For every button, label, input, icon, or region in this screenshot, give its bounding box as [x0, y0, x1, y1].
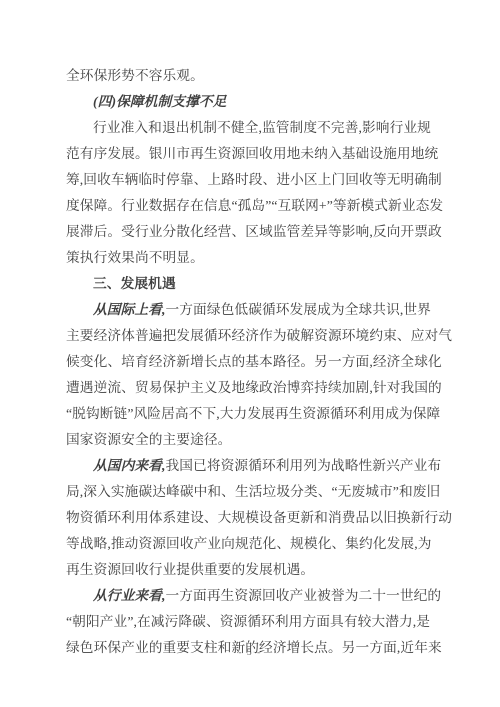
section-heading: 三、发展机遇: [66, 271, 440, 297]
text-line: 全环保形势不容乐观。: [66, 63, 440, 89]
line-text: 遭遇逆流、贸易保护主义及地缘政治博弈持续加剧,针对我国的: [66, 380, 442, 395]
line-text: 主要经济体普遍把发展循环经济作为破解资源环境约束、应对气: [66, 328, 452, 343]
line-text: 展滞后。受行业分散化经营、区域监管差异等影响,反向开票政: [66, 224, 442, 239]
text-line: 主要经济体普遍把发展循环经济作为破解资源环境约束、应对气: [66, 323, 440, 349]
line-text: 范有序发展。银川市再生资源回收用地未纳入基础设施用地统: [66, 146, 438, 161]
page-number: - 5 -: [0, 648, 500, 658]
text-line: 等战略,推动资源回收产业向规范化、规模化、集约化发展,为: [66, 531, 440, 557]
line-text: 候变化、培育经济新增长点的基本路径。另一方面,经济全球化: [66, 354, 442, 369]
text-line: 局,深入实施碳达峰碳中和、生活垃圾分类、“无废城市”和废旧: [66, 479, 440, 505]
text-line: 从行业来看,一方面再生资源回收产业被誉为二十一世纪的: [66, 583, 440, 609]
line-text: “脱钩断链”风险居高不下,大力发展再生资源循环利用成为保障: [66, 406, 440, 421]
text-line: 从国际上看,一方面绿色低碳循环发展成为全球共识,世界: [66, 297, 440, 323]
heading-text: 三、发展机遇: [93, 276, 176, 291]
text-line: 再生资源回收行业提供重要的发展机遇。: [66, 557, 440, 583]
text-line: 范有序发展。银川市再生资源回收用地未纳入基础设施用地统: [66, 141, 440, 167]
line-text: 物资循环利用体系建设、大规模设备更新和消费品以旧换新行动: [66, 510, 452, 525]
text-line: 候变化、培育经济新增长点的基本路径。另一方面,经济全球化: [66, 349, 440, 375]
text-line: 遭遇逆流、贸易保护主义及地缘政治博弈持续加剧,针对我国的: [66, 375, 440, 401]
text-line: “朝阳产业”,在减污降碳、资源循环利用方面具有较大潜力,是: [66, 609, 440, 635]
paragraph-lead: 从国际上看,: [93, 302, 165, 317]
text-line: 行业准入和退出机制不健全,监管制度不完善,影响行业规: [66, 115, 440, 141]
line-text: 全环保形势不容乐观。: [66, 68, 204, 83]
line-text: 一方面再生资源回收产业被誉为二十一世纪的: [165, 588, 441, 603]
text-line: 物资循环利用体系建设、大规模设备更新和消费品以旧换新行动: [66, 505, 440, 531]
text-line: 策执行效果尚不明显。: [66, 245, 440, 271]
line-text: 国家资源安全的主要途径。: [66, 432, 231, 447]
line-text: 局,深入实施碳达峰碳中和、生活垃圾分类、“无废城市”和废旧: [66, 484, 440, 499]
document-body: 全环保形势不容乐观。 (四)保障机制支撑不足 行业准入和退出机制不健全,监管制度…: [66, 63, 440, 661]
line-text: 等战略,推动资源回收产业向规范化、规模化、集约化发展,为: [66, 536, 432, 551]
line-text: 度保障。行业数据存在信息“孤岛”“互联网+”等新模式新业态发: [66, 198, 443, 213]
line-text: 策执行效果尚不明显。: [66, 250, 204, 265]
line-text: 再生资源回收行业提供重要的发展机遇。: [66, 562, 314, 577]
text-line: 度保障。行业数据存在信息“孤岛”“互联网+”等新模式新业态发: [66, 193, 440, 219]
document-page: 全环保形势不容乐观。 (四)保障机制支撑不足 行业准入和退出机制不健全,监管制度…: [0, 0, 500, 707]
line-text: 行业准入和退出机制不健全,监管制度不完善,影响行业规: [93, 120, 431, 135]
paragraph-lead: 从行业来看,: [93, 588, 165, 603]
line-text: 一方面绿色低碳循环发展成为全球共识,世界: [165, 302, 431, 317]
paragraph-lead: 从国内来看,: [93, 458, 165, 473]
text-line: 筹,回收车辆临时停靠、上路时段、进小区上门回收等无明确制: [66, 167, 440, 193]
text-line: 展滞后。受行业分散化经营、区域监管差异等影响,反向开票政: [66, 219, 440, 245]
line-text: 筹,回收车辆临时停靠、上路时段、进小区上门回收等无明确制: [66, 172, 442, 187]
text-line: “脱钩断链”风险居高不下,大力发展再生资源循环利用成为保障: [66, 401, 440, 427]
line-text: 我国已将资源循环利用列为战略性新兴产业布: [165, 458, 441, 473]
heading-text: (四)保障机制支撑不足: [93, 94, 226, 109]
text-line: 从国内来看,我国已将资源循环利用列为战略性新兴产业布: [66, 453, 440, 479]
section-heading: (四)保障机制支撑不足: [66, 89, 440, 115]
text-line: 国家资源安全的主要途径。: [66, 427, 440, 453]
line-text: “朝阳产业”,在减污降碳、资源循环利用方面具有较大潜力,是: [66, 614, 430, 629]
